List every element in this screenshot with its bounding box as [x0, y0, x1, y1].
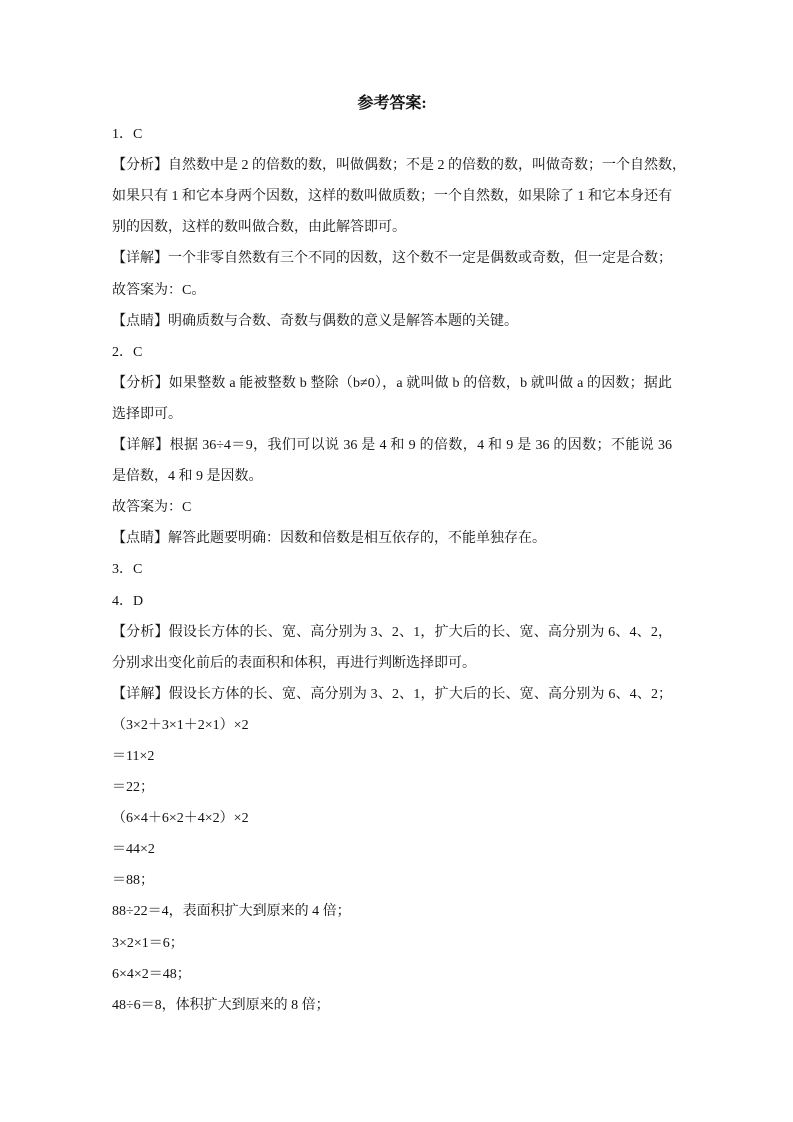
- conclusion-surface: 88÷22＝4，表面积扩大到原来的 4 倍；: [112, 896, 672, 927]
- answer-number-4: 4．D: [112, 586, 672, 617]
- answer-number-3: 3．C: [112, 554, 672, 585]
- keypoint-1: 【点睛】明确质数与合数、奇数与偶数的意义是解答本题的关键。: [112, 306, 672, 337]
- equation-volume-1: 3×2×1＝6；: [112, 928, 672, 959]
- analysis-2-line-2: 选择即可。: [112, 399, 672, 430]
- answer-statement-1: 故答案为：C。: [112, 275, 672, 306]
- detail-2-line-1: 【详解】根据 36÷4＝9，我们可以说 36 是 4 和 9 的倍数，4 和 9…: [112, 430, 672, 461]
- conclusion-volume: 48÷6＝8，体积扩大到原来的 8 倍；: [112, 990, 672, 1021]
- answer-number-2: 2．C: [112, 337, 672, 368]
- analysis-1-line-1: 【分析】自然数中是 2 的倍数的数，叫做偶数；不是 2 的倍数的数，叫做奇数；一…: [112, 150, 672, 181]
- analysis-4-line-2: 分别求出变化前后的表面积和体积，再进行判断选择即可。: [112, 648, 672, 679]
- answer-number-1: 1．C: [112, 119, 672, 150]
- answer-statement-2: 故答案为：C: [112, 492, 672, 523]
- detail-1-line-1: 【详解】一个非零自然数有三个不同的因数，这个数不一定是偶数或奇数，但一定是合数；: [112, 243, 672, 274]
- document-page: 参考答案: 1．C 【分析】自然数中是 2 的倍数的数，叫做偶数；不是 2 的倍…: [0, 0, 793, 1122]
- equation-surface-4: （6×4＋6×2＋4×2）×2: [112, 803, 672, 834]
- detail-2-line-2: 是倍数，4 和 9 是因数。: [112, 461, 672, 492]
- analysis-1-line-3: 别的因数，这样的数叫做合数，由此解答即可。: [112, 212, 672, 243]
- page-title: 参考答案:: [112, 88, 672, 119]
- keypoint-2: 【点睛】解答此题要明确：因数和倍数是相互依存的，不能单独存在。: [112, 523, 672, 554]
- equation-surface-1: （3×2＋3×1＋2×1）×2: [112, 710, 672, 741]
- equation-surface-3: ＝22；: [112, 772, 672, 803]
- equation-surface-2: ＝11×2: [112, 741, 672, 772]
- equation-surface-6: ＝88；: [112, 865, 672, 896]
- analysis-2-line-1: 【分析】如果整数 a 能被整数 b 整除（b≠0），a 就叫做 b 的倍数，b …: [112, 368, 672, 399]
- analysis-4-line-1: 【分析】假设长方体的长、宽、高分别为 3、2、1，扩大后的长、宽、高分别为 6、…: [112, 617, 672, 648]
- equation-volume-2: 6×4×2＝48；: [112, 959, 672, 990]
- equation-surface-5: ＝44×2: [112, 834, 672, 865]
- detail-4-line-1: 【详解】假设长方体的长、宽、高分别为 3、2、1，扩大后的长、宽、高分别为 6、…: [112, 679, 672, 710]
- analysis-1-line-2: 如果只有 1 和它本身两个因数，这样的数叫做质数；一个自然数，如果除了 1 和它…: [112, 181, 672, 212]
